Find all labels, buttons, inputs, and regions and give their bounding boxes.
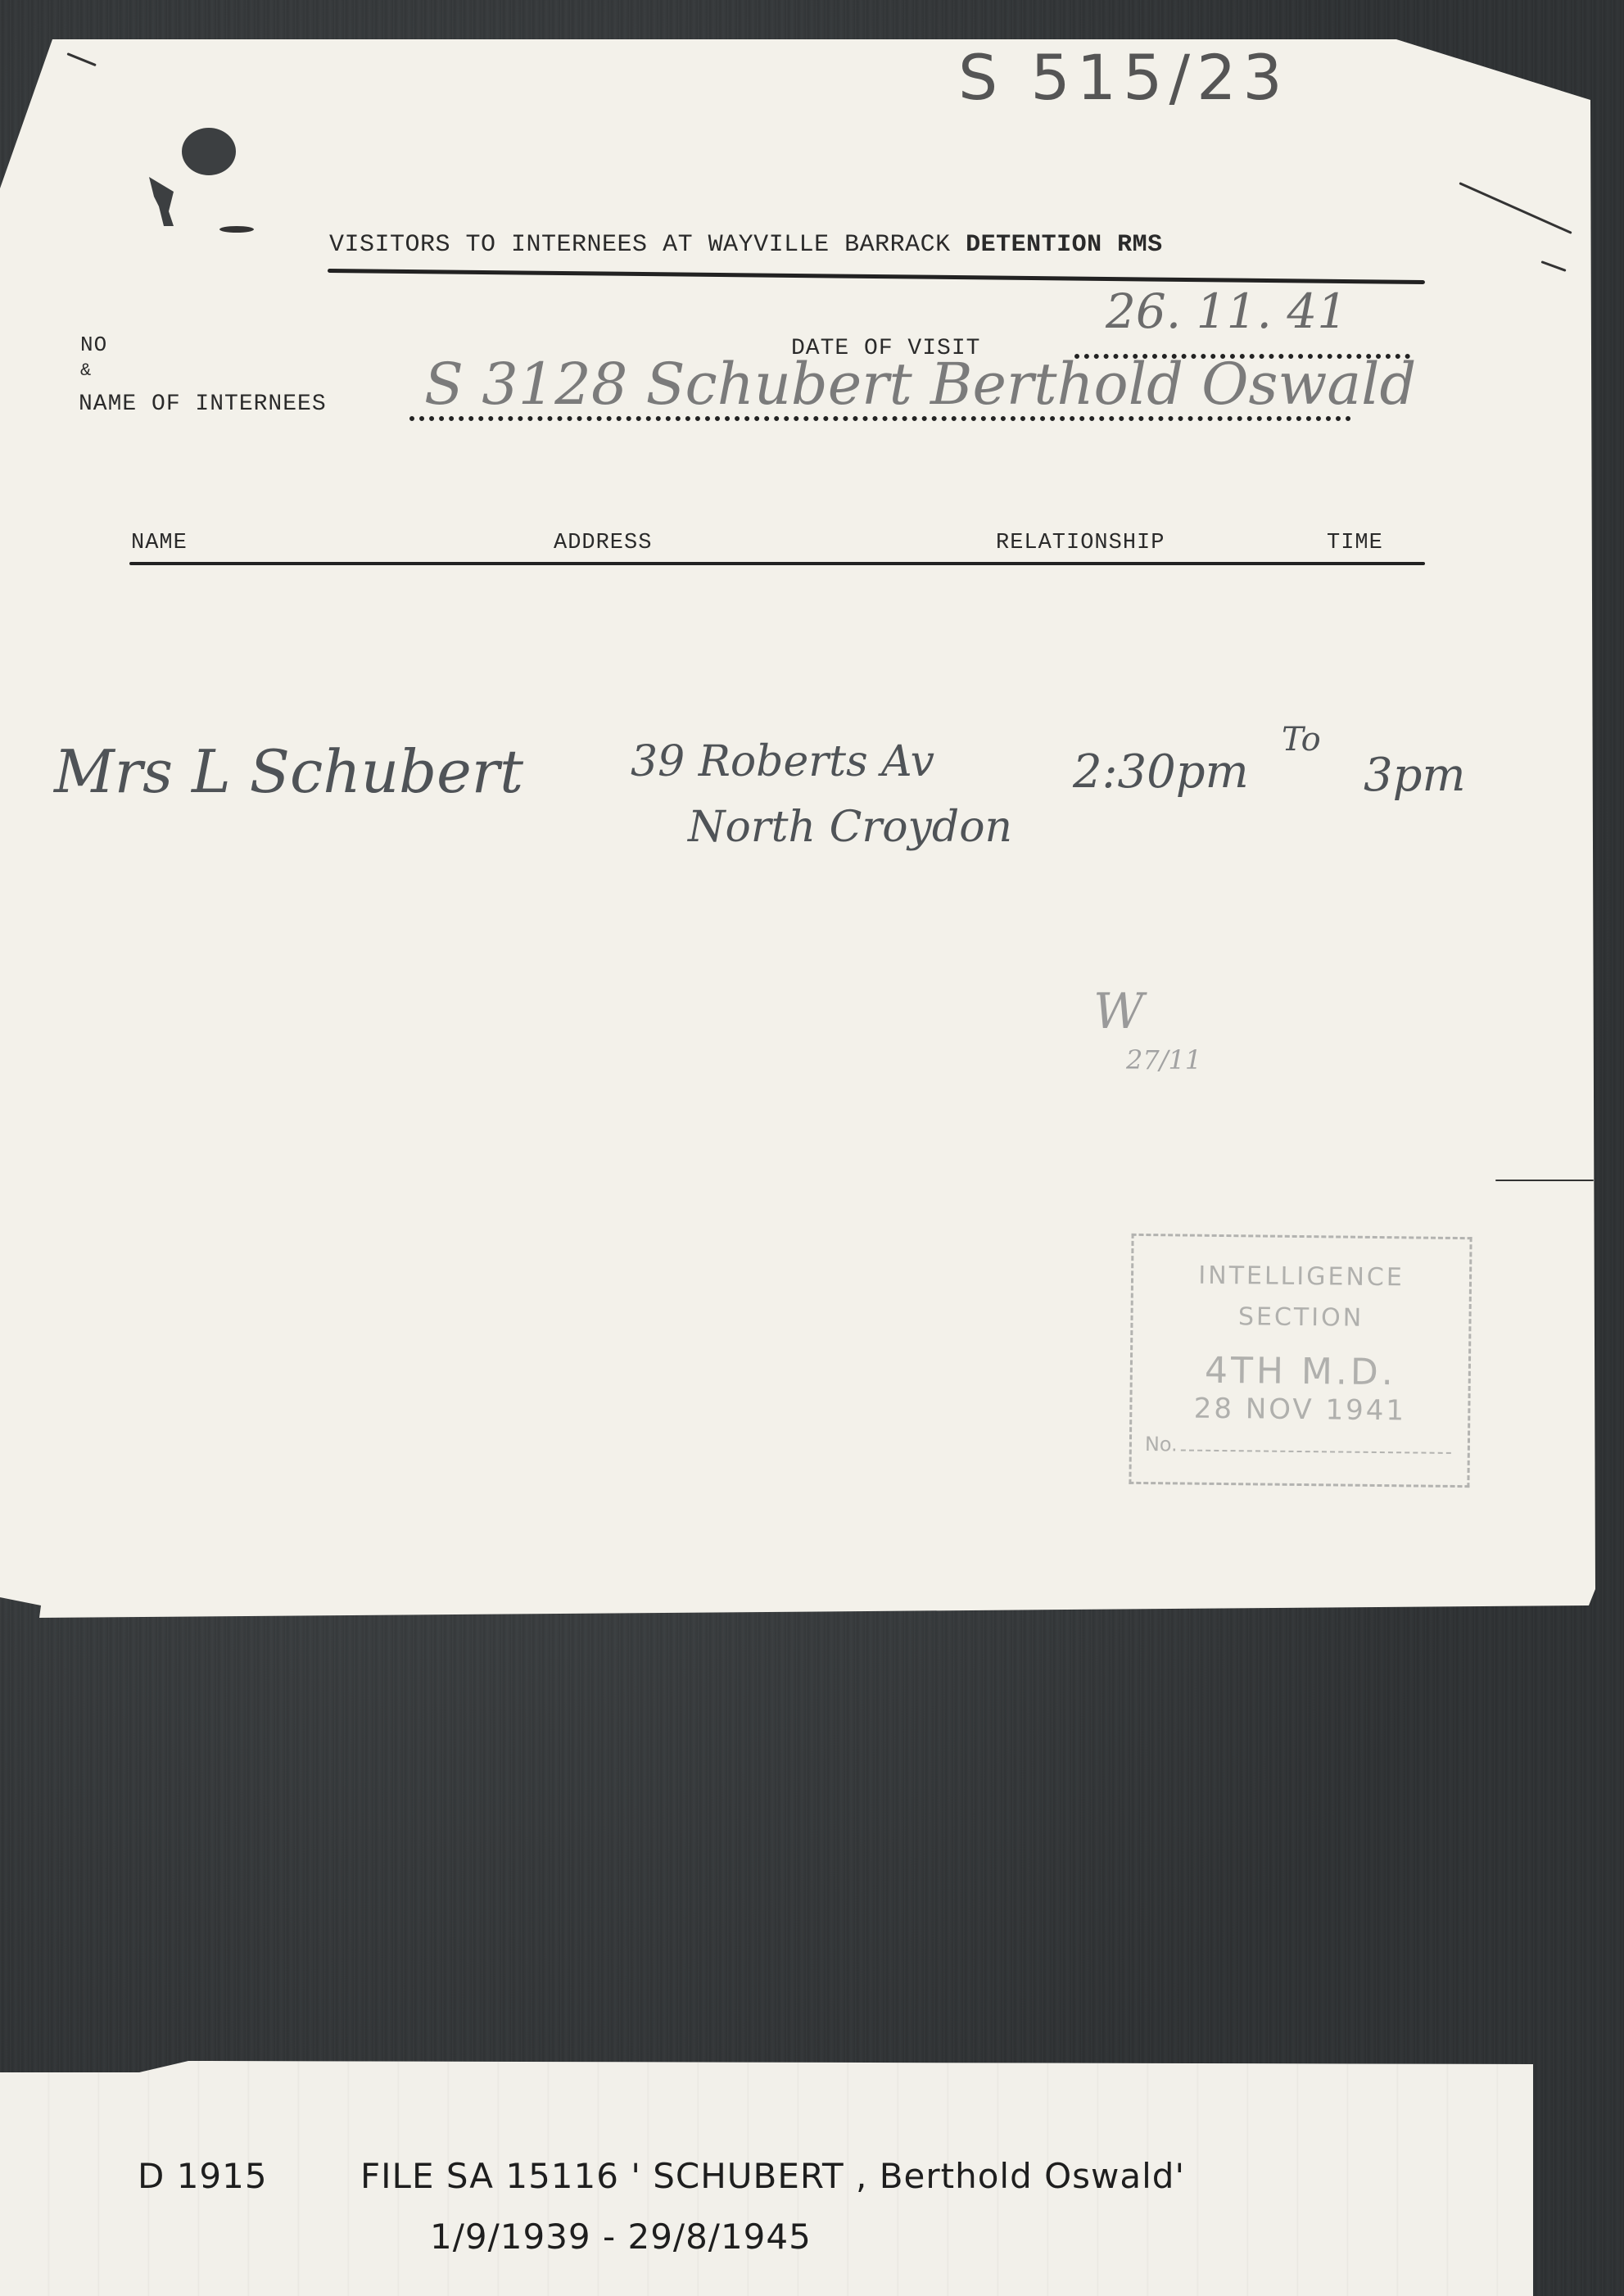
column-header-name: NAME [131,531,188,555]
stamp-line2: SECTION [1133,1302,1468,1334]
archive-file-title: FILE SA 15116 ' SCHUBERT , Berthold Oswa… [360,2156,1185,2196]
visitor-address-line2: North Croydon [688,803,1012,852]
internee-name-value: S 3128 Schubert Berthold Oswald [424,351,1416,418]
form-title-plain: VISITORS TO INTERNEES AT WAYVILLE BARRAC… [329,231,966,259]
pencil-mark [1495,1180,1594,1181]
header-underline [129,562,1425,565]
reviewer-initials: W [1093,983,1144,1040]
column-header-relationship: RELATIONSHIP [996,531,1165,555]
label-no: NO [80,333,107,357]
stamp-no-label: No. [1145,1433,1178,1456]
archive-date-range: 1/9/1939 - 29/8/1945 [430,2217,812,2257]
visitor-time-from: 2:30pm [1073,745,1249,799]
form-title: VISITORS TO INTERNEES AT WAYVILLE BARRAC… [329,231,1163,259]
column-header-address: ADDRESS [554,531,652,555]
visitor-name: Mrs L Schubert [54,737,523,806]
column-header-time: TIME [1327,531,1383,555]
intelligence-section-stamp: INTELLIGENCE SECTION 4TH M.D. 28 NOV 194… [1129,1234,1472,1488]
visitor-time-to-label: To [1282,721,1321,759]
date-of-visit-value: 26. 11. 41 [1106,283,1347,339]
file-reference-number: S 515/23 [958,41,1289,114]
reviewer-initials-date: 27/11 [1126,1044,1201,1076]
punch-hole [182,128,236,175]
archive-ref: D 1915 [138,2156,268,2196]
stamp-line1: INTELLIGENCE [1133,1261,1469,1293]
stamp-no-line [1181,1449,1451,1453]
label-ampersand: & [80,360,92,381]
tear-mark [219,226,254,233]
visitor-time-to: 3pm [1364,749,1466,802]
stamp-number-field: No. [1145,1433,1451,1459]
form-title-bold: DETENTION RMS [966,231,1163,259]
visitor-address-line1: 39 Roberts Av [631,737,934,786]
stamp-line3: 4TH M.D. [1133,1349,1469,1394]
label-name-of-internees: NAME OF INTERNEES [79,392,327,417]
stamp-date: 28 NOV 1941 [1132,1392,1468,1428]
